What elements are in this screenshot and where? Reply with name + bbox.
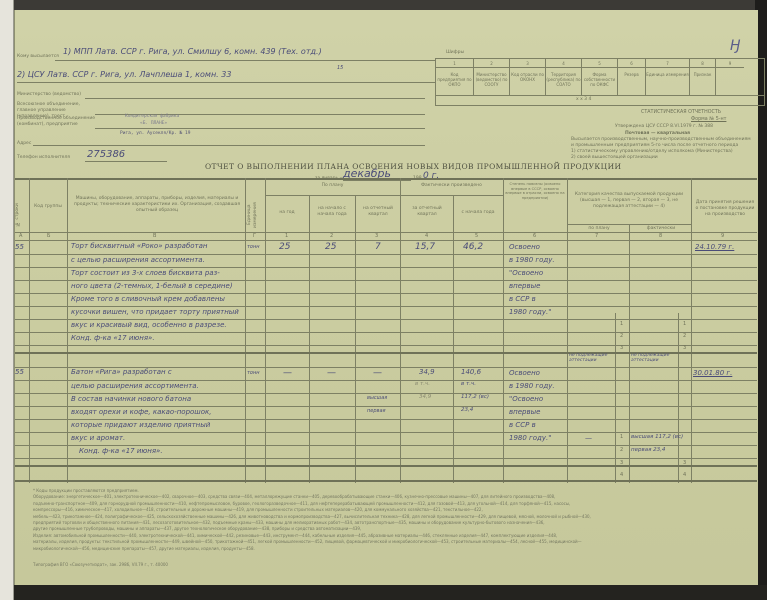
- row-quality-plan: —: [585, 434, 592, 442]
- enterprise-label: Производственное объединение (комбинат),…: [17, 116, 97, 128]
- row-actual-quarter: 34,9: [419, 368, 435, 376]
- row-unit: тонн: [247, 244, 260, 250]
- col-header-quality-actual: фактически: [633, 226, 689, 232]
- col-header-unit: Единица измерения: [247, 200, 263, 230]
- row-date: 30.01.80 г.: [693, 369, 732, 377]
- row-plan-ytd: 25: [325, 242, 336, 252]
- delivery-target-1: 1) статистическому управлению/отделу исп…: [571, 149, 751, 154]
- col-header-line-no: № строки: [15, 202, 29, 228]
- delivery-target-2: 2) своей вышестоящей организации: [571, 155, 751, 160]
- row-date: 24.10.79 г.: [695, 243, 734, 251]
- codes-table-head: Шифры: [436, 50, 474, 55]
- address-label: Адрес: [17, 141, 31, 146]
- col-header-actual-ytd: с начала года: [455, 210, 501, 216]
- code-col-1: 1Код предприятия по ОКПО: [436, 59, 474, 95]
- code-col-5: 5Форма собственности по ОКФС: [582, 59, 618, 95]
- stat-reporting-label: СТАТИСТИЧЕСКАЯ ОТЧЕТНОСТЬ: [641, 110, 721, 115]
- row-plan-quarter: 7: [375, 242, 381, 252]
- phone-label: Телефон исполнителя: [17, 155, 70, 160]
- row-quality-actual-2: первая 23,4: [631, 447, 665, 453]
- code-col-9: 9: [716, 59, 744, 95]
- recipient-2-superscript: 15: [337, 65, 343, 71]
- delivery-type: Почтовая — квартальная: [625, 131, 690, 136]
- scan-border-bottom: [14, 585, 767, 600]
- recipient-2-underline: [17, 82, 435, 83]
- row-quality-plan: не подлежащие аттестации: [569, 353, 613, 363]
- row-unit: тонн: [247, 370, 260, 376]
- address-field: [33, 145, 425, 146]
- code-col-7: 7Единица измерения: [646, 59, 690, 95]
- code-col-2: 2Министерство (ведомство) по СООГУ: [474, 59, 510, 95]
- row-line-no: 55: [15, 243, 24, 251]
- form-number: Форма № 5-нт: [691, 117, 726, 122]
- row-quality-actual-1: высшая 117,2 (вс): [631, 434, 683, 440]
- delivery-instructions: Высылается производственным, научно-прои…: [571, 137, 751, 148]
- row-plan-quarter: —: [373, 368, 382, 378]
- recipient-1: 1) МПП Латв. ССР г. Рига, ул. Смилшу 6, …: [63, 47, 322, 56]
- phone-field: [85, 161, 167, 162]
- row-actual-ytd: 140,6: [461, 368, 481, 376]
- recipients-label: Кому высылается: [17, 54, 59, 59]
- ministry-label: Министерство (ведомство): [17, 92, 81, 97]
- col-header-product: Машины, оборудование, аппараты, приборы,…: [73, 196, 241, 214]
- col-header-plan: По плану: [265, 183, 400, 189]
- row-plan-ytd: —: [327, 368, 336, 378]
- approval-note: Утверждена ЦСУ СССР 8.VI.1979 г. № 388: [615, 124, 713, 129]
- enterprise-stamp-brand: «Б. ПЛАНЕ»: [140, 121, 167, 126]
- codes-table: Шифры 1Код предприятия по ОКПО 2Министер…: [435, 58, 765, 106]
- ministry-field: [85, 98, 425, 99]
- col-header-actual-quarter: за отчетный квартал: [403, 206, 451, 218]
- enterprise-stamp-name: Кондитерская фабрика: [125, 114, 179, 119]
- col-header-actual: Фактически произведено: [400, 183, 503, 189]
- enterprise-stamp-address: Рига, ул. Аусекля/Кр. № 19: [120, 131, 190, 136]
- row-actual-ytd: 46,2: [463, 242, 483, 252]
- footnote: * Коды продукции проставляются предприят…: [33, 488, 758, 552]
- phone-value: 275386: [87, 149, 125, 160]
- codes-table-footer: х х 3 4: [576, 97, 591, 102]
- code-col-3: 3Код отрасли по ОКОНХ: [510, 59, 546, 95]
- row-line-no: 55: [15, 368, 24, 376]
- col-header-date: Дата принятия решения о постановке проду…: [695, 200, 755, 218]
- recipient-2: 2) ЦСУ Латв. ССР г. Рига, ул. Лачплеша 1…: [17, 70, 231, 79]
- enterprise-field: [95, 128, 425, 129]
- row-plan-year: 25: [279, 242, 290, 252]
- col-header-plan-year: на год: [267, 210, 307, 216]
- recipient-1-underline: [55, 60, 435, 61]
- col-header-code: Код группы: [31, 204, 65, 210]
- printer-imprint: Типография ВГО «Союзучетиздат», зак. 298…: [33, 562, 758, 568]
- row-quality-actual: не подлежащие аттестации: [631, 353, 675, 363]
- col-header-quality-plan: по плану: [571, 226, 627, 232]
- row-actual-quarter: 15,7: [415, 242, 435, 252]
- report-form-sheet: Кому высылается 1) МПП Латв. ССР г. Рига…: [14, 10, 758, 585]
- code-col-4: 4Территория (республика) по СОАТО: [546, 59, 582, 95]
- code-col-6: 6Резерв: [618, 59, 646, 95]
- row-plan-year: —: [283, 368, 292, 378]
- report-title: ОТЧЕТ О ВЫПОЛНЕНИИ ПЛАНА ОСВОЕНИЯ НОВЫХ …: [205, 162, 621, 171]
- col-header-plan-ytd: на начало с начала года: [311, 206, 353, 218]
- col-header-plan-quarter: на отчетный квартал: [357, 206, 399, 218]
- scan-border-top: [14, 0, 767, 10]
- col-header-quality: Категория качества выпускаемой продукции…: [569, 192, 689, 210]
- scan-border-left: [0, 0, 14, 600]
- code-col-8: 8Признак: [690, 59, 716, 95]
- col-header-status: Степень новизны (освоено впервые в СССР,…: [505, 182, 565, 201]
- handwritten-mark: Ӈ: [730, 38, 741, 54]
